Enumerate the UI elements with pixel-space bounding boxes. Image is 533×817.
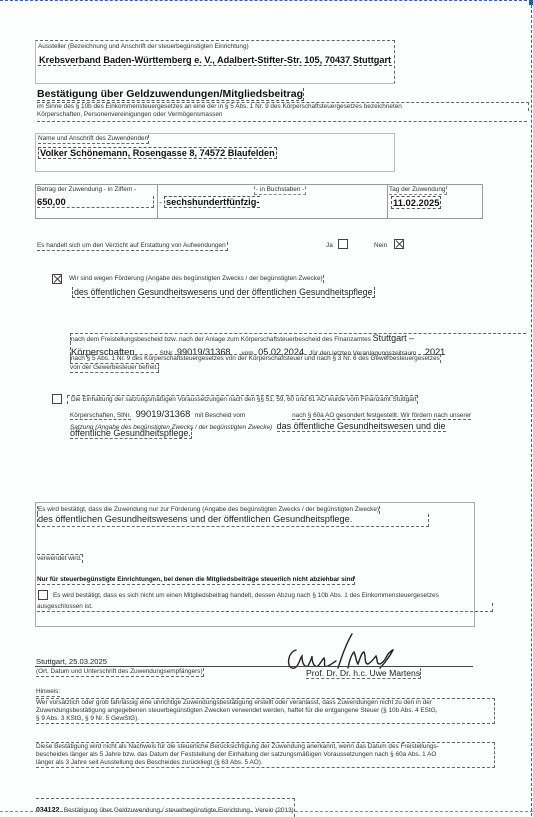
notice-para-2: Diese Bestätigung wird nicht als Nachwei…: [36, 742, 495, 768]
amount-words-prefix: -: [159, 197, 162, 207]
bottom-dashed-line: [0, 811, 533, 812]
exemption-line-3: nach § 5 Abs. 1 Nr. 9 des Körperschaftst…: [70, 354, 441, 363]
issuer-value: Krebsverband Baden-Württemberg e. V., Ad…: [38, 55, 392, 66]
signature-line: [35, 666, 473, 667]
amount-words-value: sechshundertfünfzig-: [164, 196, 260, 208]
purpose-checkbox[interactable]: [52, 274, 62, 284]
amount-words-label: - in Buchstaben -: [254, 186, 306, 195]
corner-mark: [529, 0, 533, 5]
purpose-value: des öffentlichen Gesundheitswesens und d…: [72, 287, 375, 298]
statutes-line-4: öffentliche Gesundheitspflege.: [70, 428, 192, 439]
purpose-label: Wir sind wegen Förderung (Angabe des beg…: [69, 275, 324, 283]
confirmation-label: Es wird bestätigt, dass die Zuwendung nu…: [37, 506, 380, 514]
title-subline-1: im Sinne des § 10b des Einkommensteuerge…: [37, 102, 529, 111]
waiver-yes-checkbox[interactable]: [338, 239, 348, 249]
notice-heading: Hinweis:: [36, 688, 60, 697]
donor-value: Volker Schönemann, Rosengasse 8, 74572 B…: [38, 147, 277, 159]
notice-para-2-line-3: länger als 3 Jahre seit Ausstellung des …: [36, 759, 494, 767]
membership-heading: Nur für steuerbegünstigte Einrichtungen,…: [37, 576, 355, 585]
donor-label: Name und Anschrift des Zuwendenden: [38, 135, 149, 144]
form-footer: 034122 Bestätigung über Geldzuwendung / …: [36, 798, 295, 817]
statutes-checkbox[interactable]: [52, 394, 62, 404]
waiver-yes-label: Ja: [326, 242, 333, 250]
notice-para-1: Wer vorsätzlich oder grob fahrlässig ein…: [36, 698, 495, 724]
confirmation-value: des öffentlichen Gesundheitswesens und d…: [37, 514, 429, 527]
waiver-no-checkbox[interactable]: [394, 239, 404, 249]
page-title: Bestätigung über Geldzuwendungen/Mitglie…: [37, 88, 304, 101]
waiver-question: Es handelt sich um den Verzicht auf Erst…: [37, 242, 228, 251]
amount-digits-label: Betrag der Zuwendung - in Ziffern -: [37, 186, 136, 194]
signature-place-date: Stuttgart, 25.03.2025: [36, 658, 107, 666]
signature-caption: (Ort, Datum und Unterschrift des Zuwendu…: [36, 668, 204, 677]
notice-para-1-line-3: § 9 Abs. 3 KStG, § 9 Nr. 5 GewStG).: [36, 715, 494, 723]
statutes-purpose-value: das öffentliche Gesundheitswesen und die: [277, 421, 446, 432]
amount-digits-value: 650,00: [37, 196, 154, 208]
title-subline-2: Körperschaften, Personenvereinigungen od…: [37, 111, 527, 122]
date-label: Tag der Zuwendung: [389, 186, 447, 195]
waiver-no-label: Nein: [374, 242, 387, 250]
statutes-line-1: Die Einhaltung der satzungsmäßigen Vorau…: [67, 395, 418, 404]
signer-name: Prof. Dr. Dr. h.c. Uwe Martens: [306, 668, 421, 679]
membership-checkbox[interactable]: [38, 590, 48, 600]
membership-line-2: ausgeschlossen ist.: [37, 603, 493, 612]
notice-para-1-line-2: Zuwendungsbestätigung angegebenen steuer…: [36, 707, 494, 715]
membership-line-1: Es wird bestätigt, dass es sich nicht um…: [53, 592, 439, 600]
exemption-line-4: von der Gewerbesteuer befreit.: [70, 363, 159, 373]
notice-para-2-line-1: Diese Bestätigung wird nicht als Nachwei…: [36, 743, 494, 751]
issuer-label: Aussteller (Bezeichnung und Anschrift de…: [38, 43, 249, 51]
date-value: 11.02.2025: [391, 196, 441, 209]
notice-para-1-line-1: Wer vorsätzlich oder grob fahrlässig ein…: [36, 699, 494, 707]
notice-para-2-line-2: bescheides länger als 5 Jahre bzw. das D…: [36, 751, 494, 759]
confirmation-used-text: verwendet wird.: [37, 554, 83, 563]
